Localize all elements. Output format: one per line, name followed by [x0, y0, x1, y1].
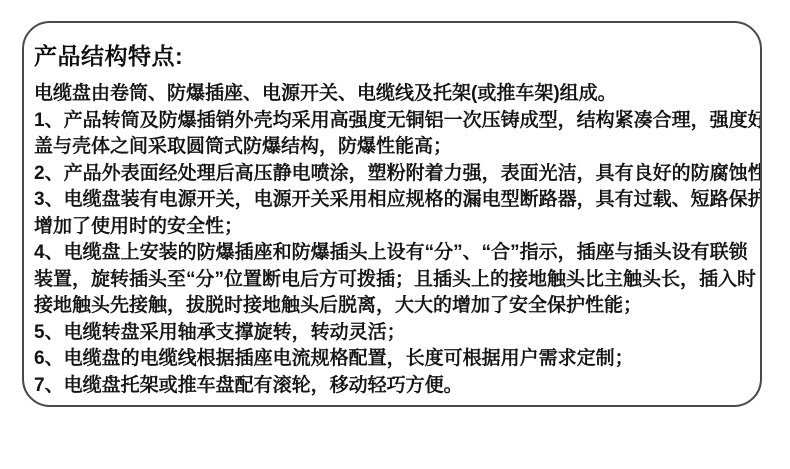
feature-line-4-cont1: 装置，旋转插头至“分”位置断电后方可拨插；且插头上的接地触头比主触头长，插入时 [34, 267, 746, 294]
feature-line-1-cont: 盖与壳体之间采取圆筒式防爆结构，防爆性能高； [34, 134, 746, 161]
feature-line-7: 7、电缆盘托架或推车盘配有滚轮，移动轻巧方便。 [34, 373, 746, 400]
feature-line-4-cont2: 接地触头先接触，拔脱时接地触头后脱离，大大的增加了安全保护性能； [34, 293, 746, 320]
feature-line-5: 5、电缆转盘采用轴承支撑旋转，转动灵活； [34, 320, 746, 347]
intro-line: 电缆盘由卷筒、防爆插座、电源开关、电缆线及托架(或推车架)组成。 [34, 81, 746, 108]
feature-line-4: 4、电缆盘上安装的防爆插座和防爆插头上设有“分”、“合”指示，插座与插头设有联锁 [34, 240, 746, 267]
feature-line-6: 6、电缆盘的电缆线根据插座电流规格配置，长度可根据用户需求定制； [34, 346, 746, 373]
feature-text-block: 电缆盘由卷筒、防爆插座、电源开关、电缆线及托架(或推车架)组成。 1、产品转筒及… [34, 81, 746, 399]
feature-line-1: 1、产品转筒及防爆插销外壳均采用高强度无铜铝一次压铸成型，结构紧凑合理，强度好， [34, 108, 746, 135]
product-features-panel: 产品结构特点: 电缆盘由卷筒、防爆插座、电源开关、电缆线及托架(或推车架)组成。… [22, 21, 762, 407]
section-title: 产品结构特点: [34, 41, 746, 71]
page: 产品结构特点: 电缆盘由卷筒、防爆插座、电源开关、电缆线及托架(或推车架)组成。… [0, 0, 790, 469]
feature-line-2: 2、产品外表面经处理后高压静电喷涂，塑粉附着力强，表面光洁，具有良好的防腐蚀性能… [34, 161, 746, 188]
feature-line-3-cont: 增加了使用时的安全性； [34, 214, 746, 241]
feature-line-3: 3、电缆盘装有电源开关，电源开关采用相应规格的漏电型断路器，具有过载、短路保护， [34, 187, 746, 214]
